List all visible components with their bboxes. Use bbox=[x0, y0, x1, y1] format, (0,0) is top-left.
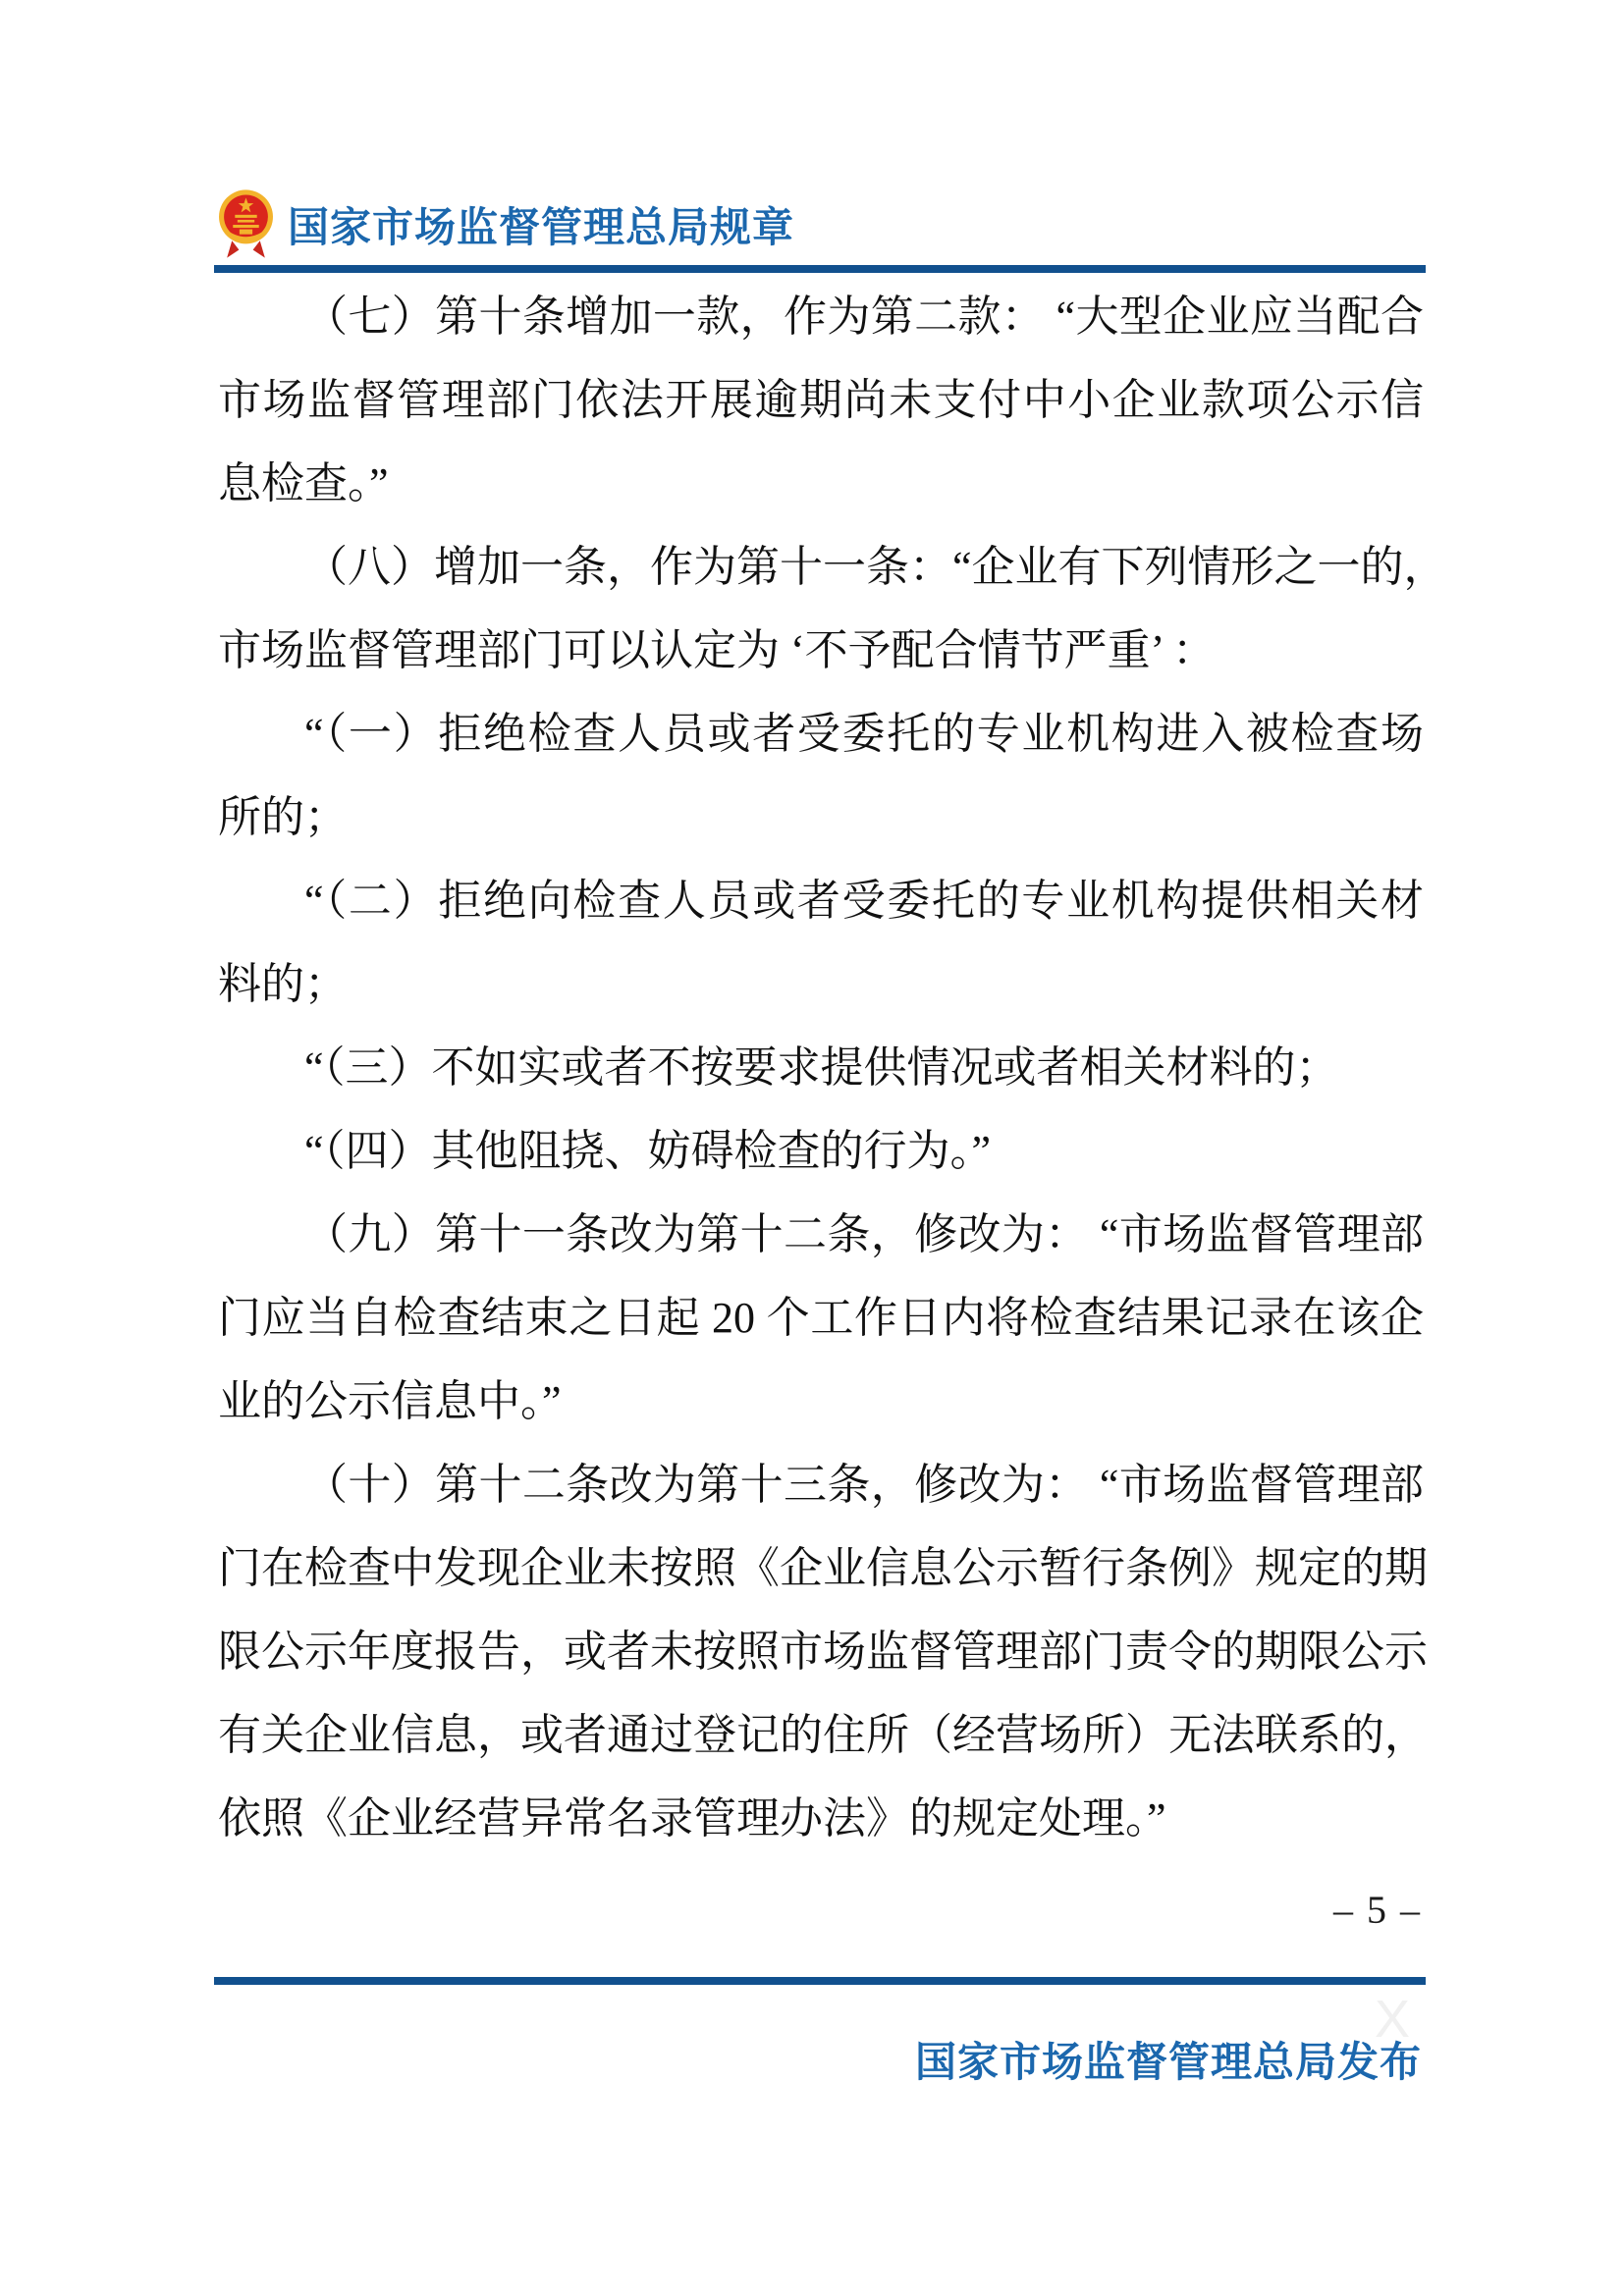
page-title: 国家市场监督管理总局规章 bbox=[288, 195, 794, 254]
document-page: 国家市场监督管理总局规章 （七）第十条增加一款，作为第二款： “大型企业应当配合… bbox=[0, 0, 1624, 2296]
document-text-line: 业的公示信息中。” bbox=[218, 1360, 1424, 1443]
page-header: 国家市场监督管理总局规章 bbox=[218, 185, 794, 265]
document-text-line: （七）第十条增加一款，作为第二款： “大型企业应当配合 bbox=[218, 275, 1424, 358]
footer-rule bbox=[214, 1977, 1426, 1985]
document-text-line: 料的； bbox=[218, 942, 1424, 1026]
document-text-line: 门应当自检查结束之日起 20 个工作日内将检查结果记录在该企 bbox=[218, 1276, 1424, 1360]
page-number: – 5 – bbox=[1333, 1881, 1422, 1940]
publisher-label: 国家市场监督管理总局发布 bbox=[915, 2030, 1422, 2089]
document-text-line: 所的； bbox=[218, 775, 1424, 859]
document-text-line: “（四）其他阻挠、妨碍检查的行为。” bbox=[218, 1109, 1424, 1193]
header-rule bbox=[214, 265, 1426, 273]
china-national-emblem-icon bbox=[218, 187, 274, 263]
document-text-line: （八）增加一条，作为第十一条：“企业有下列情形之一的， bbox=[218, 525, 1424, 609]
document-text-line: “（二）拒绝向检查人员或者受委托的专业机构提供相关材 bbox=[218, 859, 1424, 942]
document-text-line: 门在检查中发现企业未按照《企业信息公示暂行条例》规定的期 bbox=[218, 1526, 1424, 1610]
document-text-line: 市场监督管理部门依法开展逾期尚未支付中小企业款项公示信 bbox=[218, 358, 1424, 442]
document-text-line: （十）第十二条改为第十三条，修改为： “市场监督管理部 bbox=[218, 1443, 1424, 1526]
document-text-line: “（三）不如实或者不按要求提供情况或者相关材料的； bbox=[218, 1026, 1424, 1109]
document-text-line: 有关企业信息，或者通过登记的住所（经营场所）无法联系的， bbox=[218, 1693, 1424, 1777]
document-text-line: 息检查。” bbox=[218, 442, 1424, 525]
document-text-line: （九）第十一条改为第十二条，修改为： “市场监督管理部 bbox=[218, 1193, 1424, 1276]
document-text-line: 限公示年度报告，或者未按照市场监督管理部门责令的期限公示 bbox=[218, 1610, 1424, 1693]
document-text-line: “（一）拒绝检查人员或者受委托的专业机构进入被检查场 bbox=[218, 692, 1424, 775]
document-text-line: 市场监督管理部门可以认定为 ‘不予配合情节严重’ ： bbox=[218, 609, 1424, 692]
document-text-line: 依照《企业经营异常名录管理办法》的规定处理。” bbox=[218, 1777, 1424, 1860]
document-body: （七）第十条增加一款，作为第二款： “大型企业应当配合市场监督管理部门依法开展逾… bbox=[218, 275, 1424, 1860]
